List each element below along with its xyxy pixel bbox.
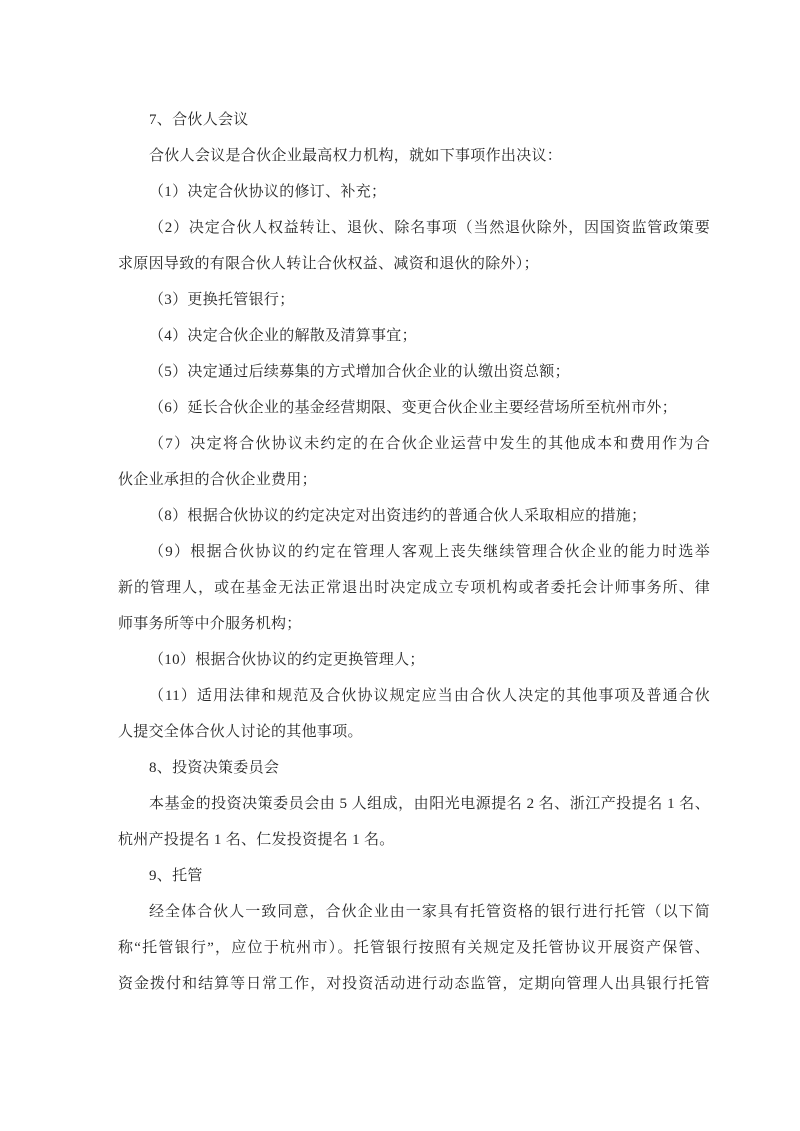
document-line: 9、托管	[118, 858, 710, 894]
document-line: 本基金的投资决策委员会由 5 人组成，由阳光电源提名 2 名、浙江产投提名 1 …	[118, 786, 710, 822]
document-line: （9）根据合伙协议的约定在管理人客观上丧失继续管理合伙企业的能力时选举	[118, 534, 710, 570]
document-body: 7、合伙人会议合伙人会议是合伙企业最高权力机构，就如下事项作出决议：（1）决定合…	[118, 102, 710, 1002]
document-line: （8）根据合伙协议的约定决定对出资违约的普通合伙人采取相应的措施；	[118, 498, 710, 534]
document-line: 合伙人会议是合伙企业最高权力机构，就如下事项作出决议：	[118, 138, 710, 174]
document-line: （7）决定将合伙协议未约定的在合伙企业运营中发生的其他成本和费用作为合	[118, 426, 710, 462]
document-line: （1）决定合伙协议的修订、补充；	[118, 174, 710, 210]
document-line: 人提交全体合伙人讨论的其他事项。	[118, 714, 710, 750]
document-line: （10）根据合伙协议的约定更换管理人；	[118, 642, 710, 678]
document-line: 杭州产投提名 1 名、仁发投资提名 1 名。	[118, 822, 710, 858]
document-line: 师事务所等中介服务机构；	[118, 606, 710, 642]
document-line: （4）决定合伙企业的解散及清算事宜；	[118, 318, 710, 354]
document-line: 经全体合伙人一致同意，合伙企业由一家具有托管资格的银行进行托管（以下简	[118, 894, 710, 930]
document-line: 伙企业承担的合伙企业费用；	[118, 462, 710, 498]
document-line: （11）适用法律和规范及合伙协议规定应当由合伙人决定的其他事项及普通合伙	[118, 678, 710, 714]
document-line: 7、合伙人会议	[118, 102, 710, 138]
document-page: 7、合伙人会议合伙人会议是合伙企业最高权力机构，就如下事项作出决议：（1）决定合…	[0, 0, 800, 1131]
document-line: 资金拨付和结算等日常工作，对投资活动进行动态监管，定期向管理人出具银行托管	[118, 966, 710, 1002]
document-line: 新的管理人，或在基金无法正常退出时决定成立专项机构或者委托会计师事务所、律	[118, 570, 710, 606]
document-line: （2）决定合伙人权益转让、退伙、除名事项（当然退伙除外，因国资监管政策要	[118, 210, 710, 246]
document-line: 称“托管银行”，应位于杭州市）。托管银行按照有关规定及托管协议开展资产保管、	[118, 930, 710, 966]
document-line: 8、投资决策委员会	[118, 750, 710, 786]
document-line: （3）更换托管银行；	[118, 282, 710, 318]
document-line: （5）决定通过后续募集的方式增加合伙企业的认缴出资总额；	[118, 354, 710, 390]
document-line: （6）延长合伙企业的基金经营期限、变更合伙企业主要经营场所至杭州市外；	[118, 390, 710, 426]
document-line: 求原因导致的有限合伙人转让合伙权益、减资和退伙的除外）；	[118, 246, 710, 282]
